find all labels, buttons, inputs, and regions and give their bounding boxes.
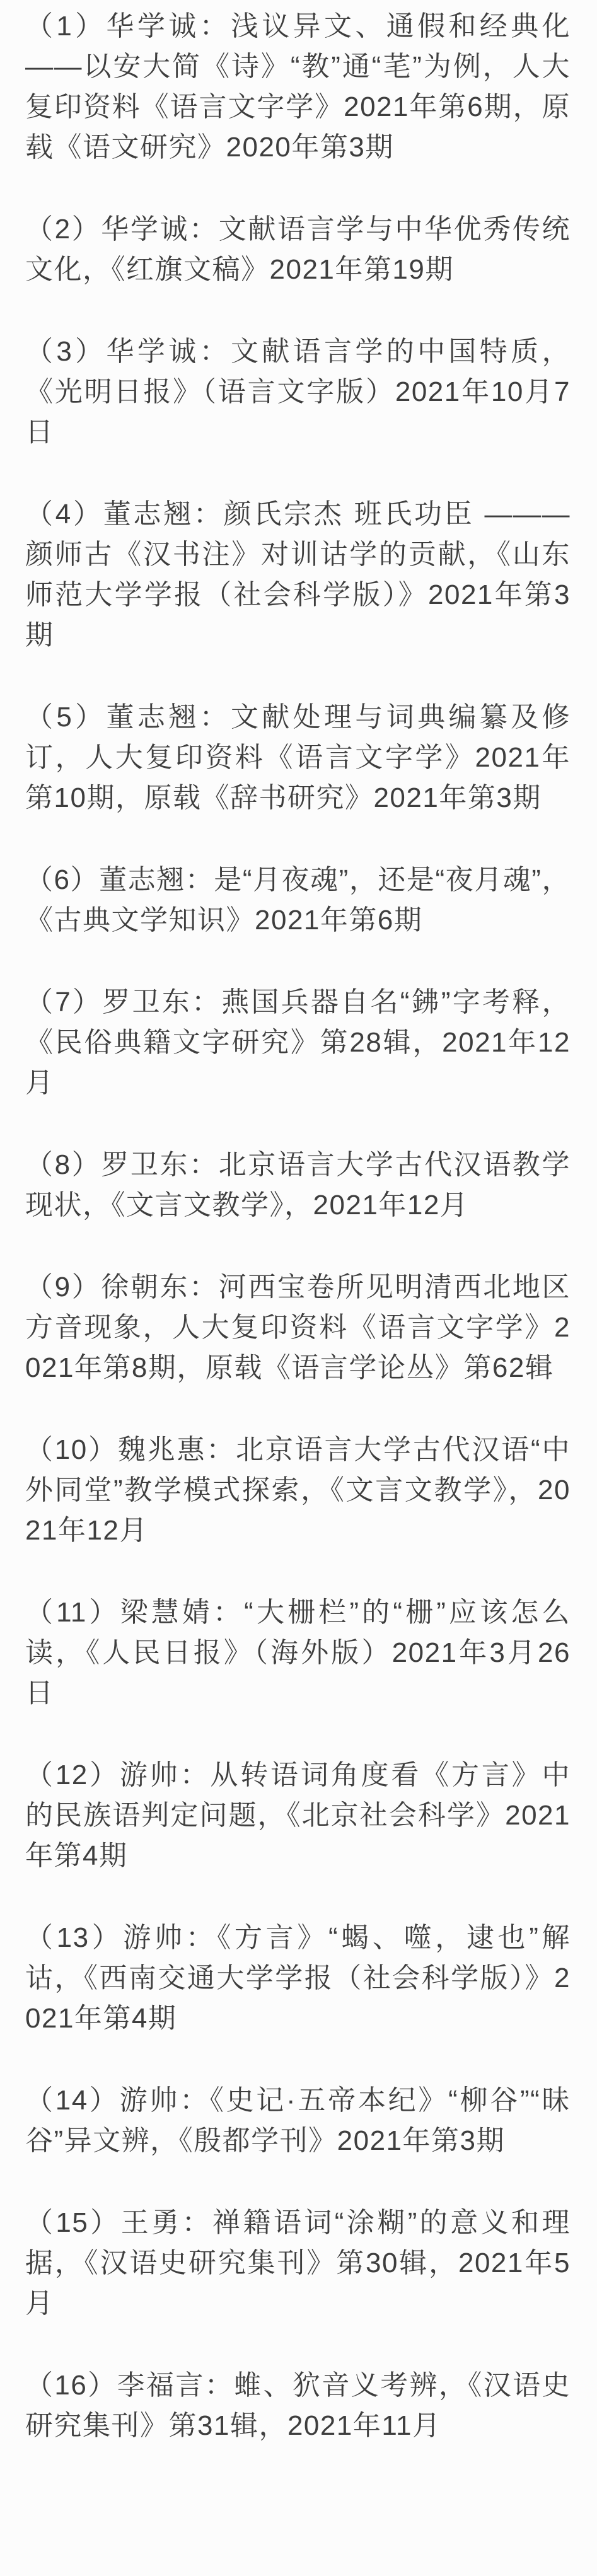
bibliography-entry: （15）王勇：禅籍语词“涂糊”的意义和理据，《汉语史研究集刊》第30辑，2021… <box>25 2203 571 2324</box>
bibliography-entry: （4）董志翘：颜氏宗杰 班氏功臣 ———颜师古《汉书注》对训诂学的贡献，《山东师… <box>25 494 571 656</box>
bibliography-list: （1）华学诚：浅议异文、通假和经典化——以安大简《诗》“教”通“芼”为例，人大复… <box>25 6 571 2446</box>
bibliography-entry: （6）董志翘：是“月夜魂”，还是“夜月魂”，《古典文学知识》2021年第6期 <box>25 860 571 941</box>
bibliography-entry: （14）游帅：《史记·五帝本纪》“柳谷”“昧谷”异文辨，《殷都学刊》2021年第… <box>25 2080 571 2161</box>
bibliography-entry: （3）华学诚：文献语言学的中国特质，《光明日报》（语言文字版）2021年10月7… <box>25 332 571 453</box>
bibliography-entry: （2）华学诚：文献语言学与中华优秀传统文化，《红旗文稿》2021年第19期 <box>25 209 571 290</box>
bibliography-entry: （16）李福言：蜼、狖音义考辨，《汉语史研究集刊》第31辑，2021年11月 <box>25 2365 571 2446</box>
bibliography-entry: （1）华学诚：浅议异文、通假和经典化——以安大简《诗》“教”通“芼”为例，人大复… <box>25 6 571 168</box>
bibliography-entry: （7）罗卫东：燕国兵器自名“鉘”字考释，《民俗典籍文字研究》第28辑，2021年… <box>25 982 571 1103</box>
bibliography-entry: （12）游帅：从转语词角度看《方言》中的民族语判定问题，《北京社会科学》2021… <box>25 1755 571 1876</box>
article-page: （1）华学诚：浅议异文、通假和经典化——以安大简《诗》“教”通“芼”为例，人大复… <box>0 0 597 2576</box>
bibliography-entry: （10）魏兆惠：北京语言大学古代汉语“中外同堂”教学模式探索，《文言文教学》，2… <box>25 1430 571 1551</box>
bibliography-entry: （13）游帅：《方言》“蝎、噬，逮也”解诂，《西南交通大学学报（社会科学版）》2… <box>25 1918 571 2039</box>
bibliography-entry: （8）罗卫东：北京语言大学古代汉语教学现状，《文言文教学》，2021年12月 <box>25 1145 571 1226</box>
bibliography-entry: （11）梁慧婧：“大栅栏”的“栅”应该怎么读，《人民日报》（海外版）2021年3… <box>25 1593 571 1714</box>
bibliography-entry: （5）董志翘：文献处理与词典编纂及修订，人大复印资料《语言文字学》2021年第1… <box>25 697 571 818</box>
bibliography-entry: （9）徐朝东：河西宝卷所见明清西北地区方音现象，人大复印资料《语言文字学》202… <box>25 1267 571 1388</box>
